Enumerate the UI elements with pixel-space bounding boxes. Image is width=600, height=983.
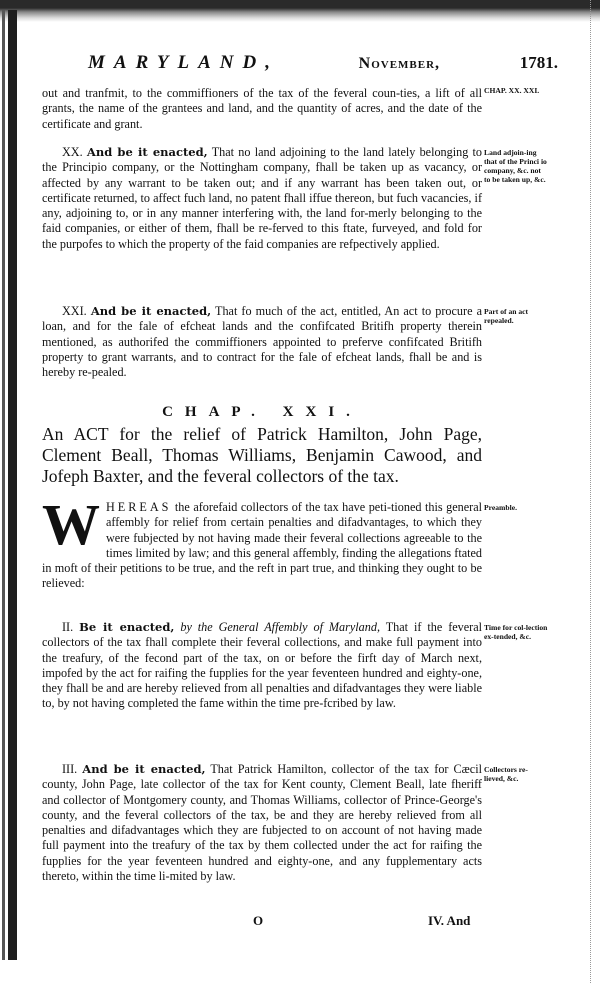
preamble-lead: HEREAS	[106, 500, 171, 514]
running-head: MARYLAND, November, 1781.	[88, 52, 558, 74]
margin-note-ii: Time for col-lection ex-tended, &c.	[484, 623, 548, 641]
section-ii-formula: Be it enacted,	[79, 620, 174, 634]
section-ii: II. Be it enacted, by the General Affemb…	[42, 620, 482, 712]
section-iii-formula: And be it enacted,	[82, 762, 205, 776]
act-title: An ACT for the relief of Patrick Hamilto…	[42, 424, 482, 487]
preamble: W HEREAS the aforefaid collectors of the…	[42, 500, 482, 592]
running-head-month: November,	[359, 55, 440, 73]
page-right-edge	[590, 0, 593, 983]
section-xxi: XXI. And be it enacted, That fo much of …	[42, 304, 482, 380]
section-xxi-number: XXI.	[62, 304, 87, 318]
margin-note-chap-ref: CHAP. XX. XXI.	[484, 86, 548, 95]
section-xx-text: That no land adjoining to the land latel…	[42, 145, 482, 251]
section-xxi-formula: And be it enacted,	[91, 304, 211, 318]
section-ii-authority: by the General Affembly of Maryland,	[180, 620, 380, 634]
running-head-state: MARYLAND,	[88, 52, 279, 74]
section-ii-number: II.	[62, 620, 73, 634]
catchword: IV. And	[428, 913, 470, 929]
section-xx-number: XX.	[62, 145, 83, 159]
margin-note-iii: Collectors re-lieved, &c.	[484, 765, 548, 783]
section-iii: III. And be it enacted, That Patrick Ham…	[42, 762, 482, 884]
running-head-year: 1781.	[520, 53, 558, 73]
margin-note-xx: Land adjoin-ing that of the Princi io co…	[484, 148, 548, 184]
section-xx: XX. And be it enacted, That no land adjo…	[42, 145, 482, 252]
continuation-paragraph: out and tranfmit, to the commiffioners o…	[42, 86, 482, 132]
section-iii-number: III.	[62, 762, 77, 776]
page-top-border	[0, 0, 600, 22]
chapter-heading: CHAP. XXI.	[42, 404, 482, 421]
scanned-page: MARYLAND, November, 1781. CHAP. XX. XXI.…	[0, 0, 600, 983]
drop-cap: W	[42, 502, 100, 548]
continuation-text: out and tranfmit, to the commiffioners o…	[42, 86, 482, 132]
margin-note-xxi: Part of an act repealed.	[484, 307, 548, 325]
margin-note-preamble: Preamble.	[484, 503, 548, 512]
binding-edge	[2, 10, 5, 960]
page-left-border	[8, 10, 17, 960]
section-iii-text: That Patrick Hamilton, collector of the …	[42, 762, 482, 883]
section-xx-formula: And be it enacted,	[87, 145, 208, 159]
signature-mark: O	[253, 913, 263, 929]
